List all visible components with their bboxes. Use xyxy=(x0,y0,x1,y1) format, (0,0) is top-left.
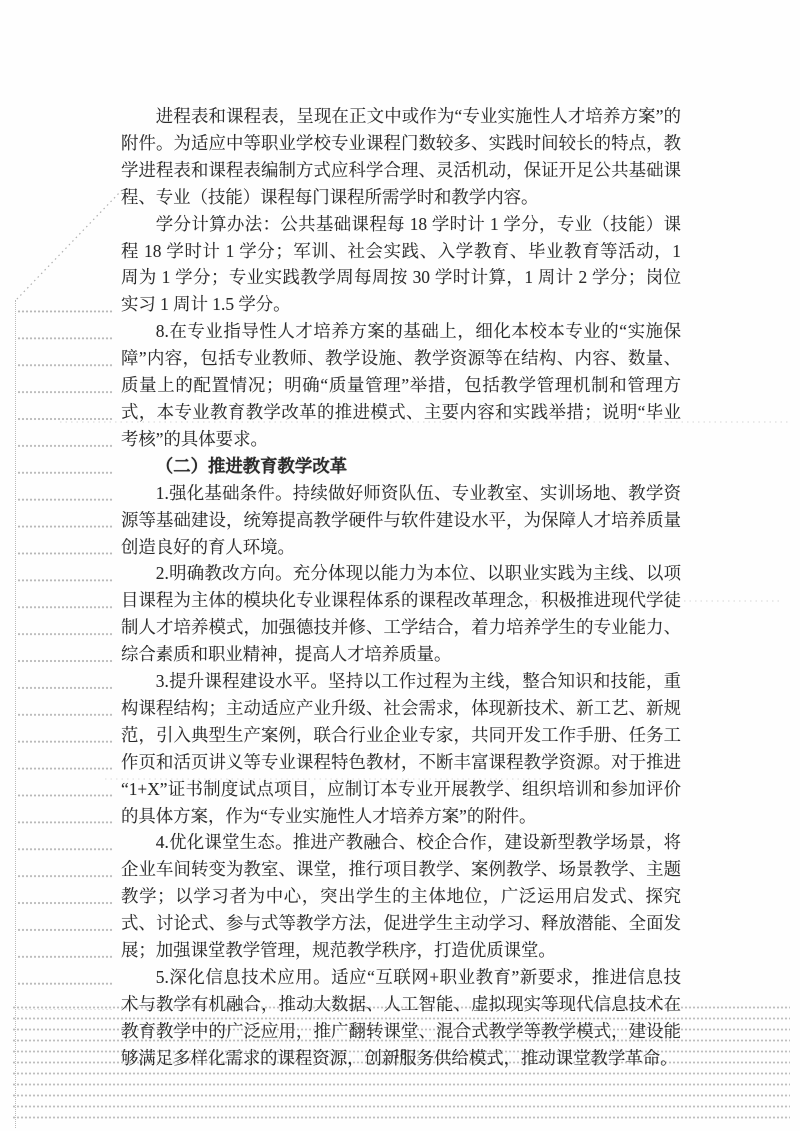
left-margin-vertical-dotted-line xyxy=(15,300,16,1128)
body-paragraph: 1.强化基础条件。持续做好师资队伍、专业教室、实训场地、教学资源等基础建设，统筹… xyxy=(121,480,681,561)
diagonal-fold-line xyxy=(16,190,122,300)
body-paragraph: 8.在专业指导性人才培养方案的基础上，细化本校本专业的“实施保障”内容，包括专业… xyxy=(121,318,681,453)
body-paragraph: 3.提升课程建设水平。坚持以工作过程为主线，整合知识和技能，重构课程结构；主动适… xyxy=(121,668,681,829)
left-margin-dotted-rows xyxy=(17,298,113,1010)
body-paragraph: 2.明确教改方向。充分体现以能力为本位、以职业实践为主线、以项目课程为主体的模块… xyxy=(121,560,681,668)
document-page: 进程表和课程表，呈现在正文中或作为“专业实施性人才培养方案”的附件。为适应中等职… xyxy=(0,0,800,1131)
text-block: 进程表和课程表，呈现在正文中或作为“专业实施性人才培养方案”的附件。为适应中等职… xyxy=(121,103,681,1072)
section-heading: （二）推进教育教学改革 xyxy=(121,453,681,480)
body-paragraph: 4.优化课堂生态。推进产教融合、校企合作，建设新型教学场景，将企业车间转变为教室… xyxy=(121,829,681,964)
page-number: 18 xyxy=(0,1046,800,1062)
body-paragraph: 学分计算办法：公共基础课程每 18 学时计 1 学分，专业（技能）课程 18 学… xyxy=(121,211,681,319)
body-paragraph: 进程表和课程表，呈现在正文中或作为“专业实施性人才培养方案”的附件。为适应中等职… xyxy=(121,103,681,211)
